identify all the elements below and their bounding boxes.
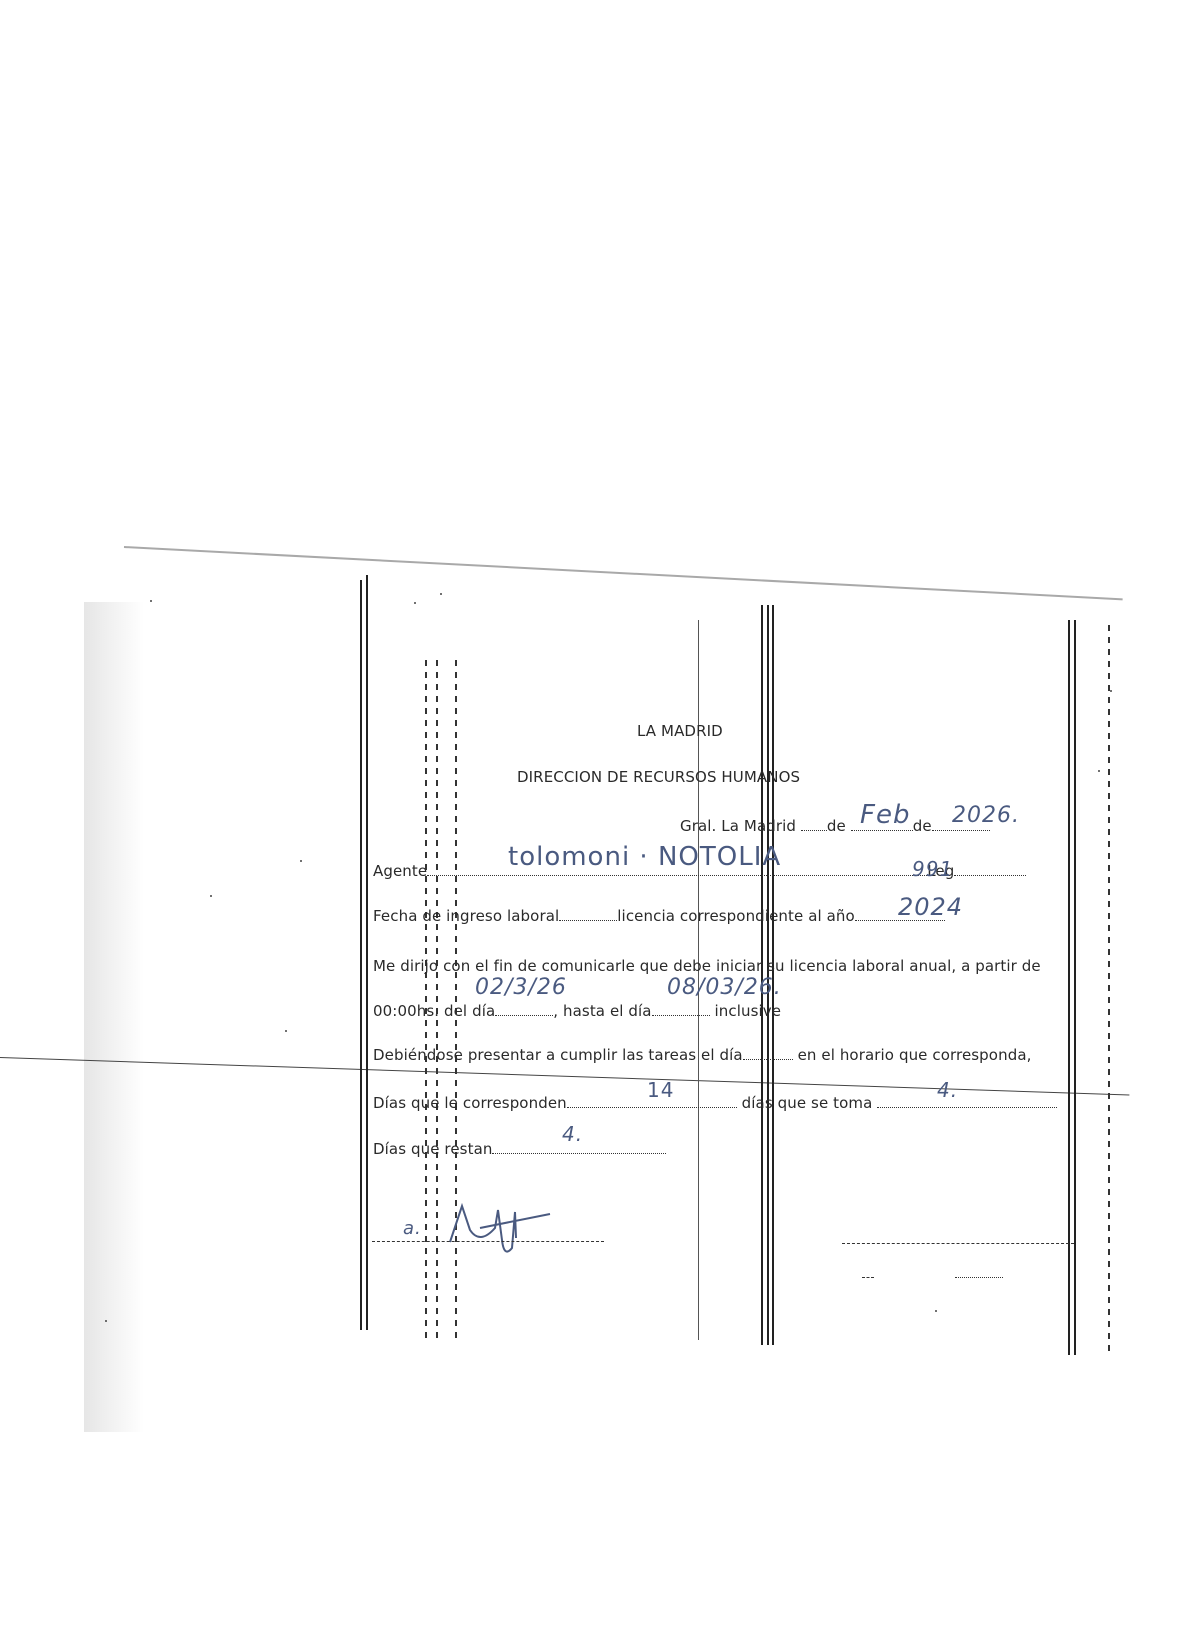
signature-mark <box>440 1200 560 1260</box>
scan-speck <box>150 600 152 602</box>
left-signature-line[interactable] <box>372 1241 604 1242</box>
return-label: Debiéndose presentar a cumplir las tarea… <box>373 1046 743 1064</box>
department-title: DIRECCION DE RECURSOS HUMANOS <box>517 768 800 786</box>
municipality-title: LA MADRID <box>637 722 723 740</box>
start-date-handwritten: 02/3/26 <box>475 975 567 1000</box>
legajo-handwritten: 991 <box>912 857 953 881</box>
scan-speck <box>105 1320 107 1322</box>
agent-name-handwritten: tolomoni · NOTOLIA <box>508 842 781 872</box>
start-date-field[interactable] <box>495 1003 553 1016</box>
paper-top-edge <box>124 546 1123 600</box>
scan-speck <box>210 895 212 897</box>
scan-vertical-line <box>366 575 368 1330</box>
end-label: , hasta el día <box>553 1002 651 1020</box>
days-entitled-label: Días que le corresponden <box>373 1094 567 1112</box>
days-taken-handwritten: 4. <box>937 1078 958 1102</box>
scan-speck <box>300 860 302 862</box>
scan-vertical-line <box>1074 620 1076 1355</box>
days-remaining-label: Días que restan <box>373 1140 492 1158</box>
de-label: de <box>913 817 932 835</box>
scan-speck <box>285 1030 287 1032</box>
inclusive-label: inclusive <box>714 1002 781 1020</box>
place-date-line: Gral. La Madrid de de <box>680 817 990 835</box>
licencia-year-handwritten: 2024 <box>898 893 963 921</box>
days-remaining-line: Días que restan <box>373 1140 666 1158</box>
signature-prefix: a. <box>403 1218 422 1239</box>
fecha-ingreso-field[interactable] <box>559 908 617 921</box>
scan-vertical-line <box>1068 620 1070 1355</box>
de-label: de <box>827 817 846 835</box>
end-date-field[interactable] <box>652 1003 710 1016</box>
body-line-2: 00:00hs. del día, hasta el día inclusive <box>373 1002 781 1020</box>
days-entitled-handwritten: 14 <box>647 1078 674 1102</box>
right-signature-line[interactable] <box>842 1243 1074 1244</box>
scan-vertical-line <box>425 660 427 1340</box>
scan-speck <box>1110 690 1112 692</box>
day-field[interactable] <box>801 818 827 831</box>
right-subline-fragment <box>955 1277 1003 1278</box>
fecha-ingreso-label: Fecha de ingreso laboral <box>373 907 559 925</box>
scan-vertical-line <box>1108 625 1110 1355</box>
month-handwritten: Feb <box>860 800 910 830</box>
legajo-field[interactable] <box>954 863 1026 876</box>
end-date-handwritten: 08/03/26. <box>667 975 782 1000</box>
start-label: 00:00hs. del día <box>373 1002 495 1020</box>
schedule-label: en el horario que corresponda, <box>798 1046 1032 1064</box>
body-line-1: Me dirijo con el fin de comunicarle que … <box>373 957 1041 975</box>
scan-edge-shadow <box>84 602 144 1432</box>
scan-speck <box>1098 770 1100 772</box>
days-taken-label: días que se toma <box>742 1094 873 1112</box>
scan-vertical-line <box>436 660 438 1340</box>
licencia-year-label: licencia correspondiente al año <box>617 907 855 925</box>
scan-speck <box>935 1310 937 1312</box>
entry-line: Fecha de ingreso laborallicencia corresp… <box>373 907 945 925</box>
scan-speck <box>414 602 416 604</box>
year-handwritten: 2026. <box>952 803 1020 828</box>
days-taken-field[interactable] <box>877 1095 1057 1108</box>
right-subline-fragment <box>862 1277 874 1278</box>
place-label: Gral. La Madrid <box>680 817 796 835</box>
days-remaining-handwritten: 4. <box>562 1122 583 1146</box>
scan-vertical-line <box>360 580 362 1330</box>
body-line-3: Debiéndose presentar a cumplir las tarea… <box>373 1046 1031 1064</box>
scan-speck <box>440 593 442 595</box>
agent-label: Agente <box>373 862 427 880</box>
return-date-field[interactable] <box>743 1047 793 1060</box>
